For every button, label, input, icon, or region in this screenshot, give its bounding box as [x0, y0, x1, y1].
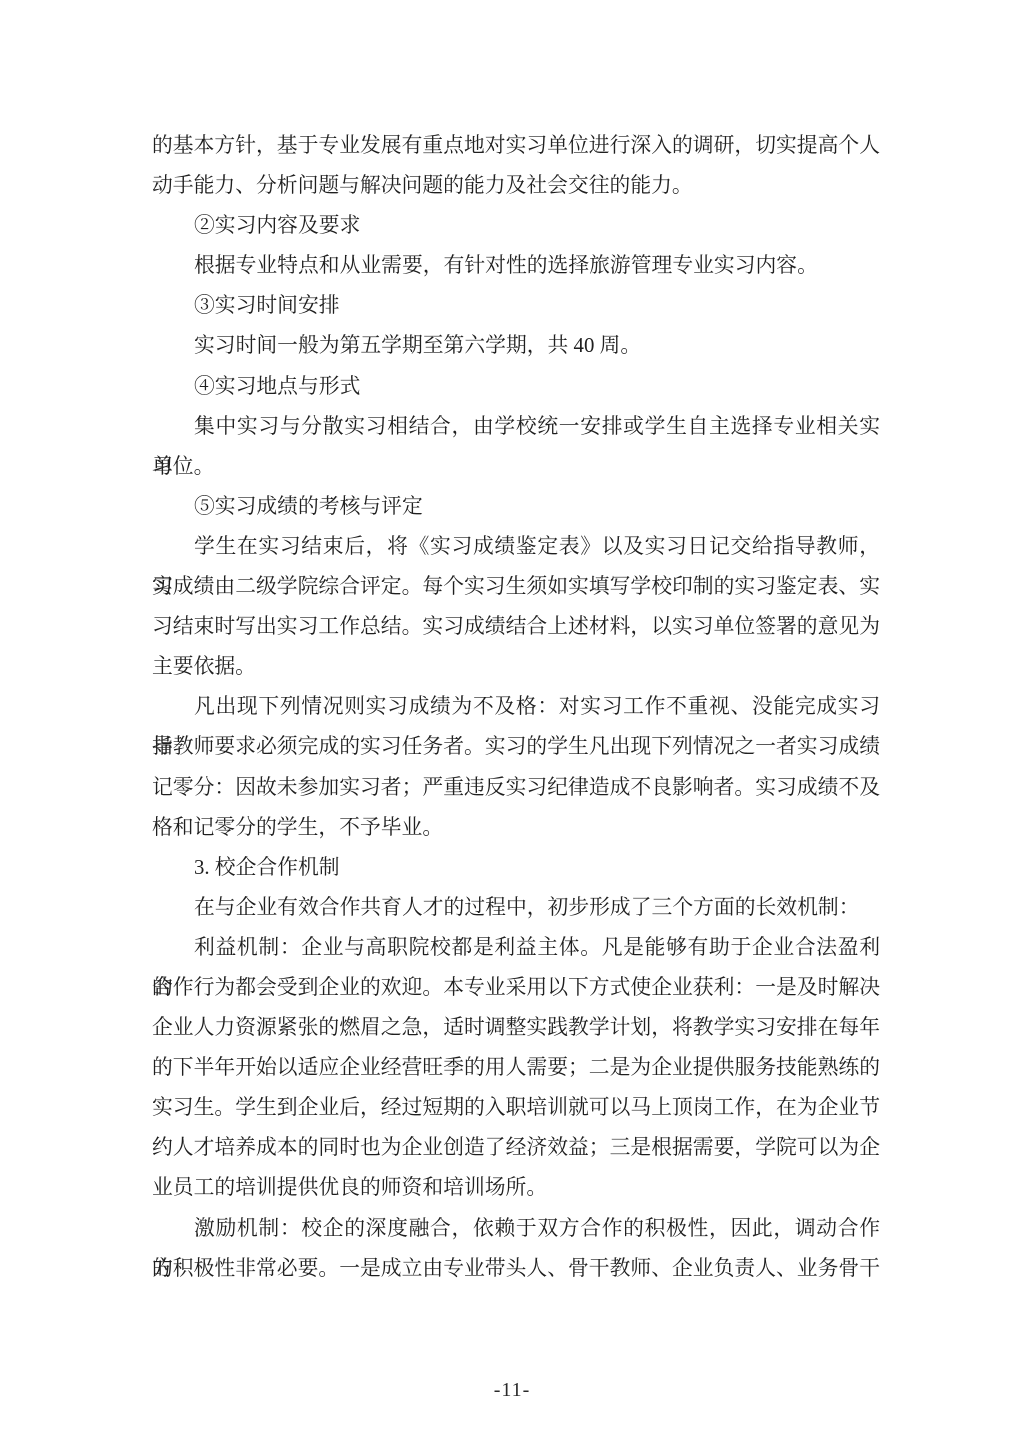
document-line: 习结束时写出实习工作总结。实习成绩结合上述材料，以实习单位签署的意见为 [152, 607, 880, 647]
document-line: 主要依据。 [152, 647, 880, 687]
document-line: 在与企业有效合作共育人才的过程中，初步形成了三个方面的长效机制： [152, 888, 880, 928]
document-page: 的基本方针，基于专业发展有重点地对实习单位进行深入的调研，切实提高个人 动手能力… [0, 0, 1024, 1448]
document-line: 凡出现下列情况则实习成绩为不及格：对实习工作不重视、没能完成实习指 [152, 687, 880, 727]
document-heading-item4: ④实习地点与形式 [152, 367, 880, 407]
document-heading-item2: ②实习内容及要求 [152, 206, 880, 246]
document-line: 合作行为都会受到企业的欢迎。本专业采用以下方式使企业获利：一是及时解决 [152, 968, 880, 1008]
document-heading-section3: 3. 校企合作机制 [152, 848, 880, 888]
document-line: 激励机制：校企的深度融合，依赖于双方合作的积极性，因此，调动合作方 [152, 1209, 880, 1249]
document-line: 集中实习与分散实习相结合，由学校统一安排或学生自主选择专业相关实习 [152, 407, 880, 447]
document-line: 记零分：因故未参加实习者；严重违反实习纪律造成不良影响者。实习成绩不及 [152, 768, 880, 808]
document-line: 利益机制：企业与高职院校都是利益主体。凡是能够有助于企业合法盈利的 [152, 928, 880, 968]
document-line: 业员工的培训提供优良的师资和培训场所。 [152, 1168, 880, 1208]
document-line: 企业人力资源紧张的燃眉之急，适时调整实践教学计划，将教学实习安排在每年 [152, 1008, 880, 1048]
document-line: 的基本方针，基于专业发展有重点地对实习单位进行深入的调研，切实提高个人 [152, 126, 880, 166]
document-line: 约人才培养成本的同时也为企业创造了经济效益；三是根据需要，学院可以为企 [152, 1128, 880, 1168]
document-line: 根据专业特点和从业需要，有针对性的选择旅游管理专业实习内容。 [152, 246, 880, 286]
document-line: 动手能力、分析问题与解决问题的能力及社会交往的能力。 [152, 166, 880, 206]
document-heading-item5: ⑤实习成绩的考核与评定 [152, 487, 880, 527]
document-line: 实习时间一般为第五学期至第六学期，共 40 周。 [152, 326, 880, 366]
document-line: 实习生。学生到企业后，经过短期的入职培训就可以马上顶岗工作，在为企业节 [152, 1088, 880, 1128]
document-line: 学生在实习结束后，将《实习成绩鉴定表》以及实习日记交给指导教师，实 [152, 527, 880, 567]
document-heading-item3: ③实习时间安排 [152, 286, 880, 326]
page-number: -11- [0, 1378, 1024, 1402]
document-body: 的基本方针，基于专业发展有重点地对实习单位进行深入的调研，切实提高个人 动手能力… [152, 126, 880, 1289]
document-line: 的积极性非常必要。一是成立由专业带头人、骨干教师、企业负责人、业务骨干 [152, 1249, 880, 1289]
document-line: 习成绩由二级学院综合评定。每个实习生须如实填写学校印制的实习鉴定表、实 [152, 567, 880, 607]
document-line: 的下半年开始以适应企业经营旺季的用人需要；二是为企业提供服务技能熟练的 [152, 1048, 880, 1088]
document-line: 单位。 [152, 447, 880, 487]
document-line: 导教师要求必须完成的实习任务者。实习的学生凡出现下列情况之一者实习成绩 [152, 727, 880, 767]
document-line: 格和记零分的学生，不予毕业。 [152, 808, 880, 848]
